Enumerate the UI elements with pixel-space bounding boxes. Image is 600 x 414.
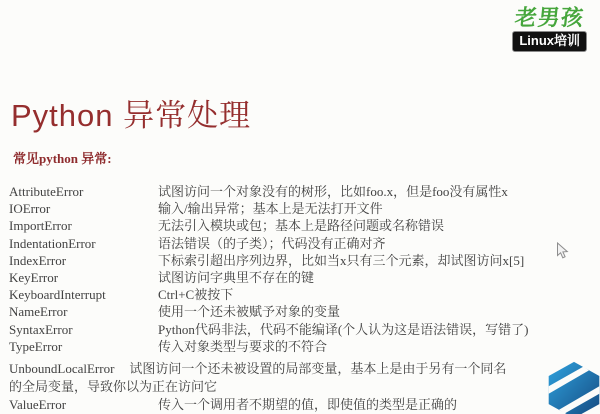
error-description: 试图访问字典里不存在的键 — [158, 269, 595, 286]
error-description: 语法错误（的子类）；代码没有正确对齐 — [158, 235, 595, 252]
page-title: Python 异常处理 — [11, 90, 251, 135]
error-description: 下标索引超出序列边界，比如当x只有三个元素，却试图访问x[5] — [158, 252, 595, 269]
error-name: ImportError — [9, 217, 158, 234]
error-name: ValueError — [9, 396, 158, 413]
error-description: 试图访问一个对象没有的树形，比如foo.x，但是foo没有属性x — [158, 183, 595, 200]
error-row: IOError 输入/输出异常；基本上是无法打开文件 — [9, 200, 595, 217]
error-name: TypeError — [9, 338, 158, 355]
error-list: AttributeError 试图访问一个对象没有的树形，比如foo.x，但是f… — [9, 183, 595, 355]
error-description: 传入一个调用者不期望的值，即使值的类型是正确的 — [158, 396, 595, 413]
unbound-local-error-paragraph: UnboundLocalError试图访问一个还未被设置的局部变量，基本上是由于… — [9, 360, 508, 396]
error-description: 无法引入模块或包；基本上是路径问题或名称错误 — [158, 217, 595, 234]
error-name: KeyboardInterrupt — [9, 286, 158, 303]
arrow-pointer-icon — [556, 242, 569, 260]
error-name: IndexError — [9, 252, 158, 269]
value-error-row: ValueError 传入一个调用者不期望的值，即使值的类型是正确的 — [9, 396, 595, 413]
brand-name-text: 老男孩 — [511, 7, 588, 29]
error-description: Ctrl+C被按下 — [158, 286, 595, 303]
brand-tagline-text: Linux培训 — [512, 31, 587, 52]
error-name: AttributeError — [9, 183, 158, 200]
hexagon-s-logo — [544, 360, 600, 414]
error-name: UnboundLocalError — [9, 361, 114, 376]
error-row: TypeError 传入对象类型与要求的不符合 — [9, 338, 595, 355]
error-description: 传入对象类型与要求的不符合 — [158, 338, 595, 355]
error-name: IOError — [9, 200, 158, 217]
error-name: NameError — [9, 303, 158, 320]
error-name: SyntaxError — [9, 321, 158, 338]
error-row: KeyboardInterrupt Ctrl+C被按下 — [9, 286, 595, 303]
brand-logo: 老男孩 Linux培训 — [512, 7, 587, 52]
section-heading: 常见python 异常: — [13, 148, 112, 167]
error-description: 使用一个还未被赋予对象的变量 — [158, 303, 595, 320]
error-row: KeyError 试图访问字典里不存在的键 — [9, 269, 595, 286]
error-row: ImportError 无法引入模块或包；基本上是路径问题或名称错误 — [9, 217, 595, 234]
error-name: KeyError — [9, 269, 158, 286]
slide-canvas: 老男孩 Linux培训 Python 异常处理 常见python 异常: Att… — [0, 0, 600, 414]
error-row: IndentationError 语法错误（的子类）；代码没有正确对齐 — [9, 235, 595, 252]
error-row: NameError 使用一个还未被赋予对象的变量 — [9, 303, 595, 320]
error-description: 输入/输出异常；基本上是无法打开文件 — [158, 200, 595, 217]
error-row: IndexError 下标索引超出序列边界，比如当x只有三个元素，却试图访问x[… — [9, 252, 595, 269]
error-row: SyntaxError Python代码非法，代码不能编译(个人认为这是语法错误… — [9, 321, 595, 338]
error-name: IndentationError — [9, 235, 158, 252]
error-description: Python代码非法，代码不能编译(个人认为这是语法错误，写错了) — [158, 321, 595, 338]
error-row: AttributeError 试图访问一个对象没有的树形，比如foo.x，但是f… — [9, 183, 595, 200]
